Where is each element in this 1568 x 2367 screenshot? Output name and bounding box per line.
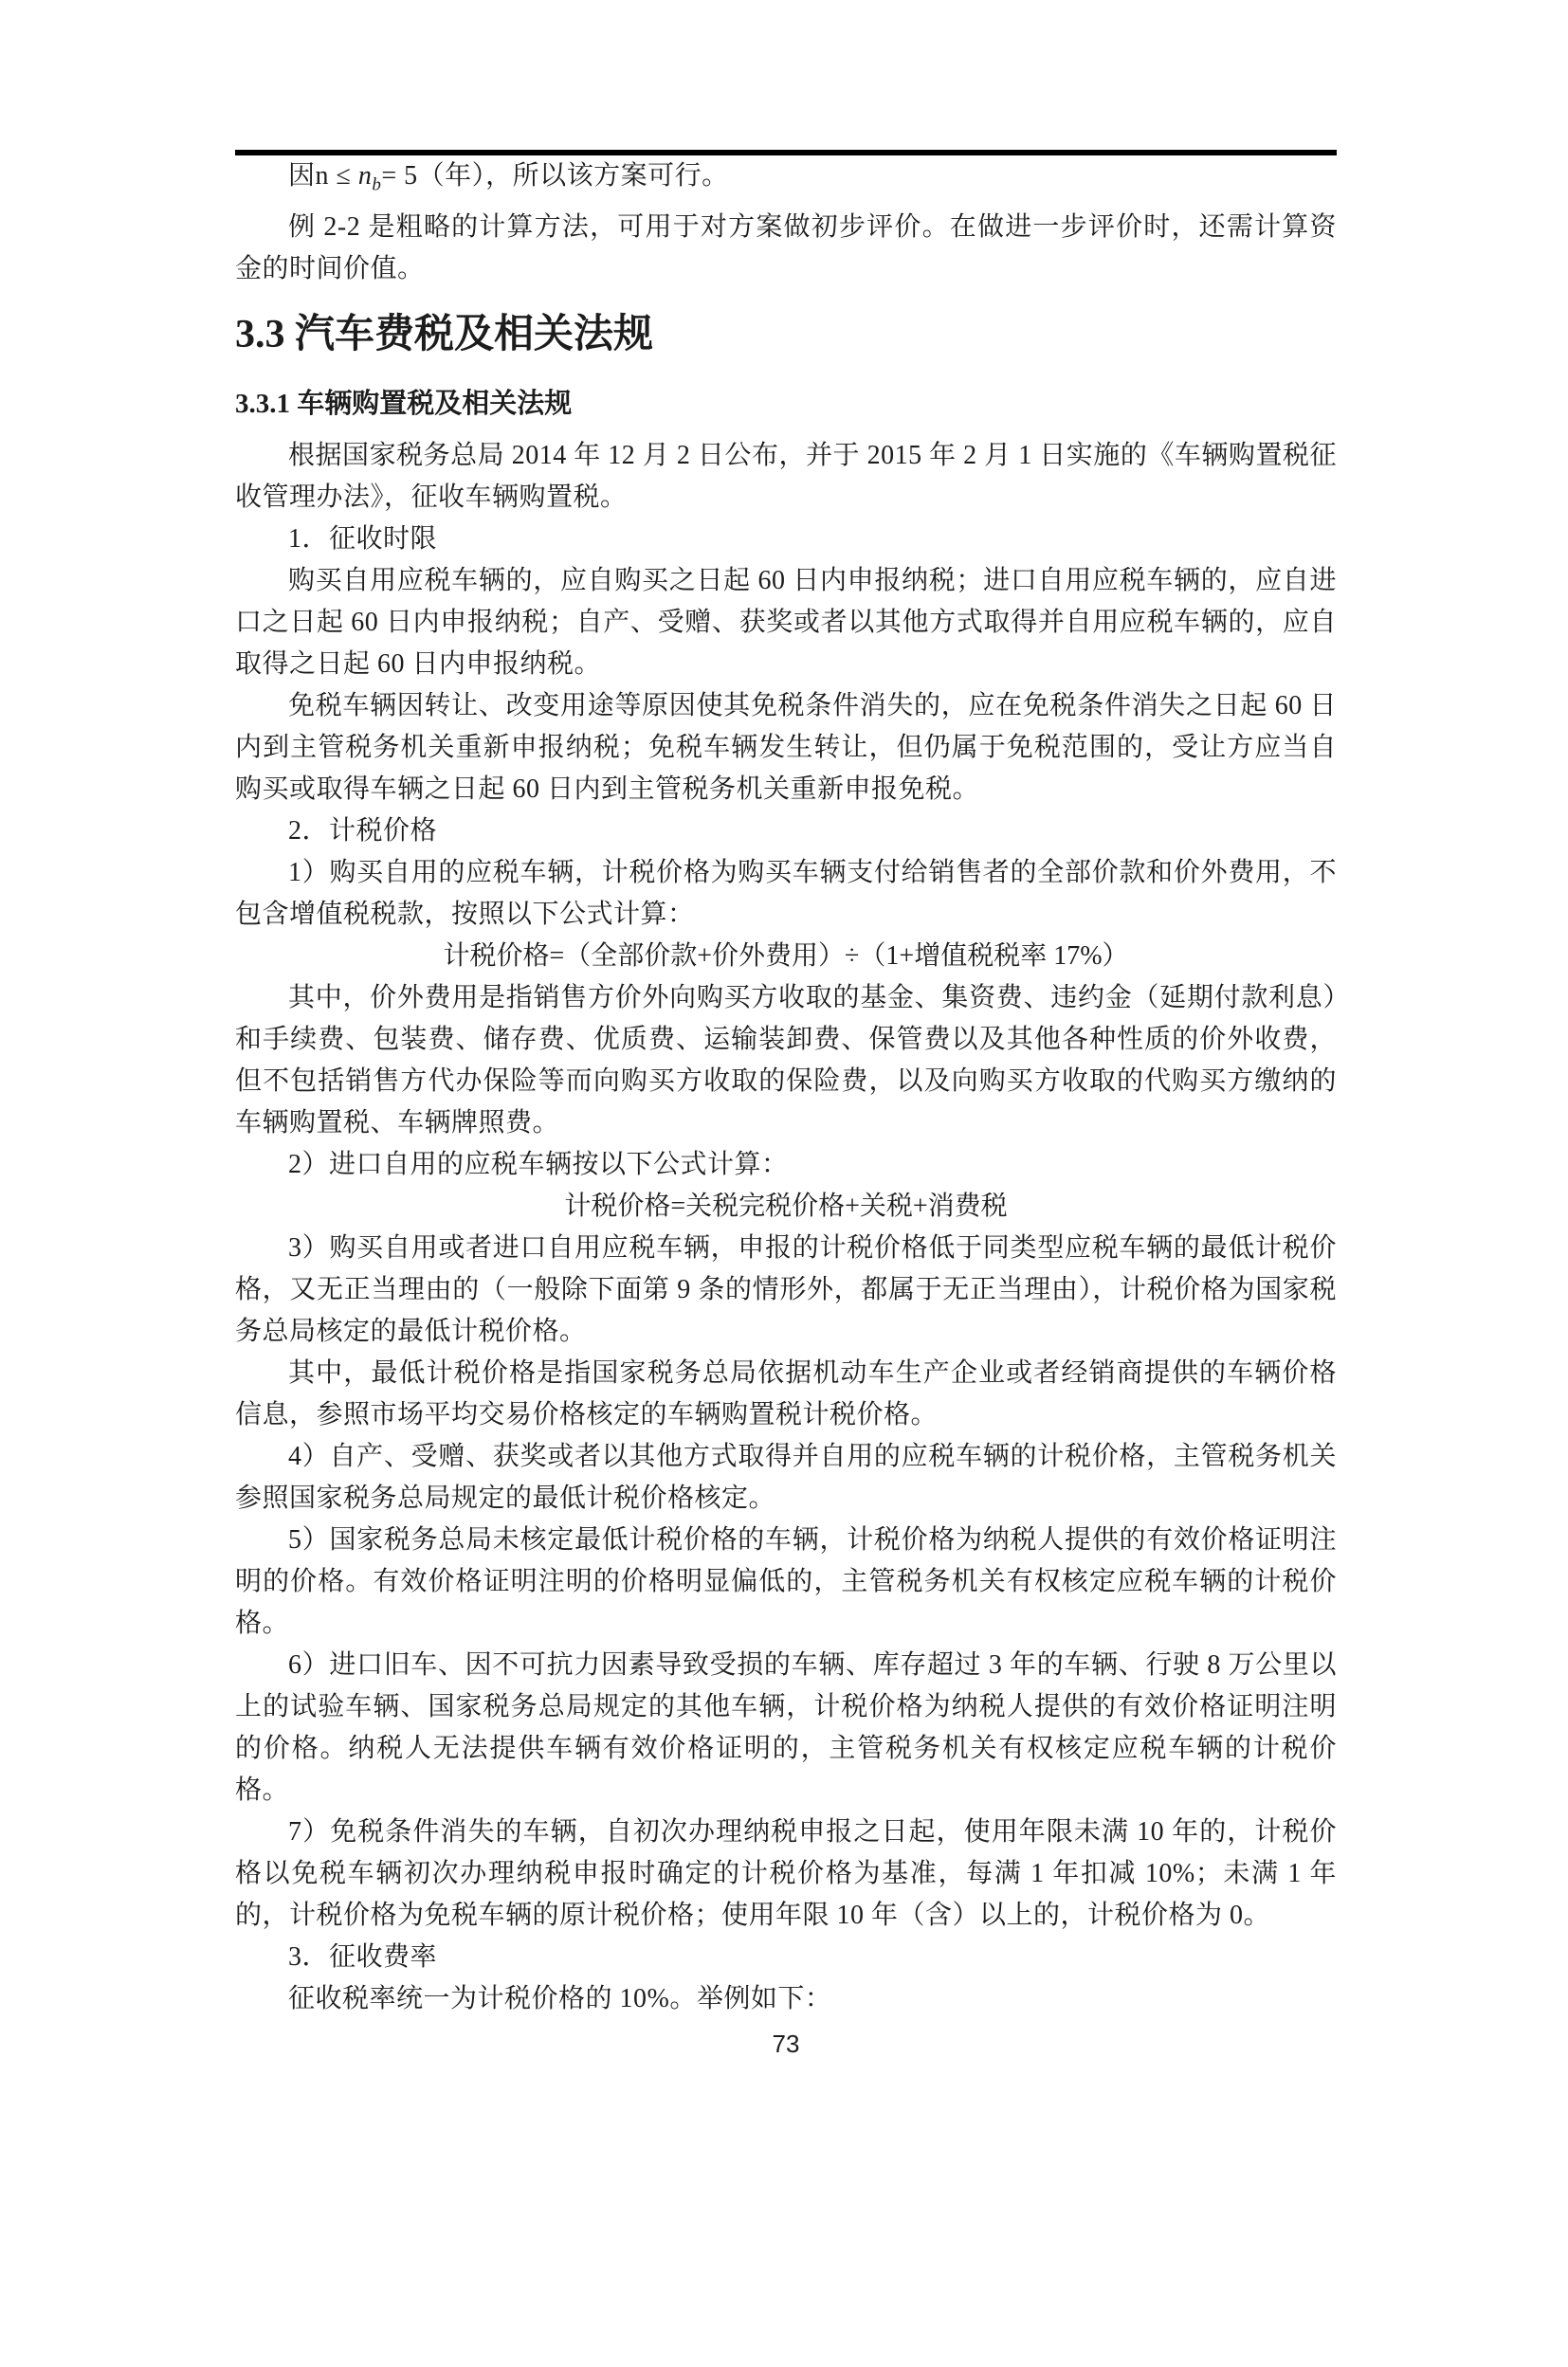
item2-heading: 2．计税价格 (235, 810, 1337, 852)
rule3-paragraph: 3）购买自用或者进口自用应税车辆，申报的计税价格低于同类型应税车辆的最低计税价格… (235, 1228, 1337, 1353)
variable-n-subscript: b (372, 175, 381, 195)
item3-heading: 3．征收费率 (235, 1937, 1337, 1978)
item1-paragraph-2: 免税车辆因转让、改变用途等原因使其免税条件消失的，应在免税条件消失之日起 60 … (235, 685, 1337, 810)
feasibility-line: 因n ≤ nb= 5（年），所以该方案可行。 (235, 155, 1337, 207)
page-number: 73 (235, 2028, 1337, 2060)
rule1-paragraph: 1）购买自用的应税车辆，计税价格为购买车辆支付给销售者的全部价款和价外费用，不包… (235, 852, 1337, 936)
intro-paragraph: 根据国家税务总局 2014 年 12 月 2 日公布，并于 2015 年 2 月… (235, 435, 1337, 519)
example-note-paragraph: 例 2-2 是粗略的计算方法，可用于对方案做初步评价。在做进一步评价时，还需计算… (235, 207, 1337, 290)
item1-heading: 1．征收时限 (235, 519, 1337, 560)
rule5-paragraph: 5）国家税务总局未核定最低计税价格的车辆，计税价格为纳税人提供的有效价格证明注明… (235, 1520, 1337, 1645)
rule3-note-paragraph: 其中，最低计税价格是指国家税务总局依据机动车生产企业或者经销商提供的车辆价格信息… (235, 1353, 1337, 1436)
rule2-paragraph: 2）进口自用的应税车辆按以下公式计算： (235, 1144, 1337, 1186)
subsection-heading: 3.3.1 车辆购置税及相关法规 (235, 386, 1337, 422)
section-heading: 3.3 汽车费税及相关法规 (235, 312, 1337, 357)
item1-paragraph-1: 购买自用应税车辆的，应自购买之日起 60 日内申报纳税；进口自用应税车辆的，应自… (235, 560, 1337, 685)
rule1-note-paragraph: 其中，价外费用是指销售方价外向购买方收取的基金、集资费、违约金（延期付款利息）和… (235, 977, 1337, 1144)
document-page: 因n ≤ nb= 5（年），所以该方案可行。 例 2-2 是粗略的计算方法，可用… (235, 150, 1337, 2060)
rule7-paragraph: 7）免税条件消失的车辆，自初次办理纳税申报之日起，使用年限未满 10 年的，计税… (235, 1812, 1337, 1937)
feasibility-post: = 5（年），所以该方案可行。 (381, 161, 728, 191)
feasibility-pre: 因n ≤ (288, 161, 358, 191)
rule4-paragraph: 4）自产、受赠、获奖或者以其他方式取得并自用的应税车辆的计税价格，主管税务机关参… (235, 1436, 1337, 1520)
rule6-paragraph: 6）进口旧车、因不可抗力因素导致受损的车辆、库存超过 3 年的车辆、行驶 8 万… (235, 1645, 1337, 1812)
item3-paragraph: 征收税率统一为计税价格的 10%。举例如下： (235, 1978, 1337, 2020)
formula-line-1: 计税价格=（全部价款+价外费用）÷（1+增值税税率 17%） (235, 936, 1337, 977)
formula-line-2: 计税价格=关税完税价格+关税+消费税 (235, 1186, 1337, 1228)
variable-n: n (358, 161, 373, 191)
